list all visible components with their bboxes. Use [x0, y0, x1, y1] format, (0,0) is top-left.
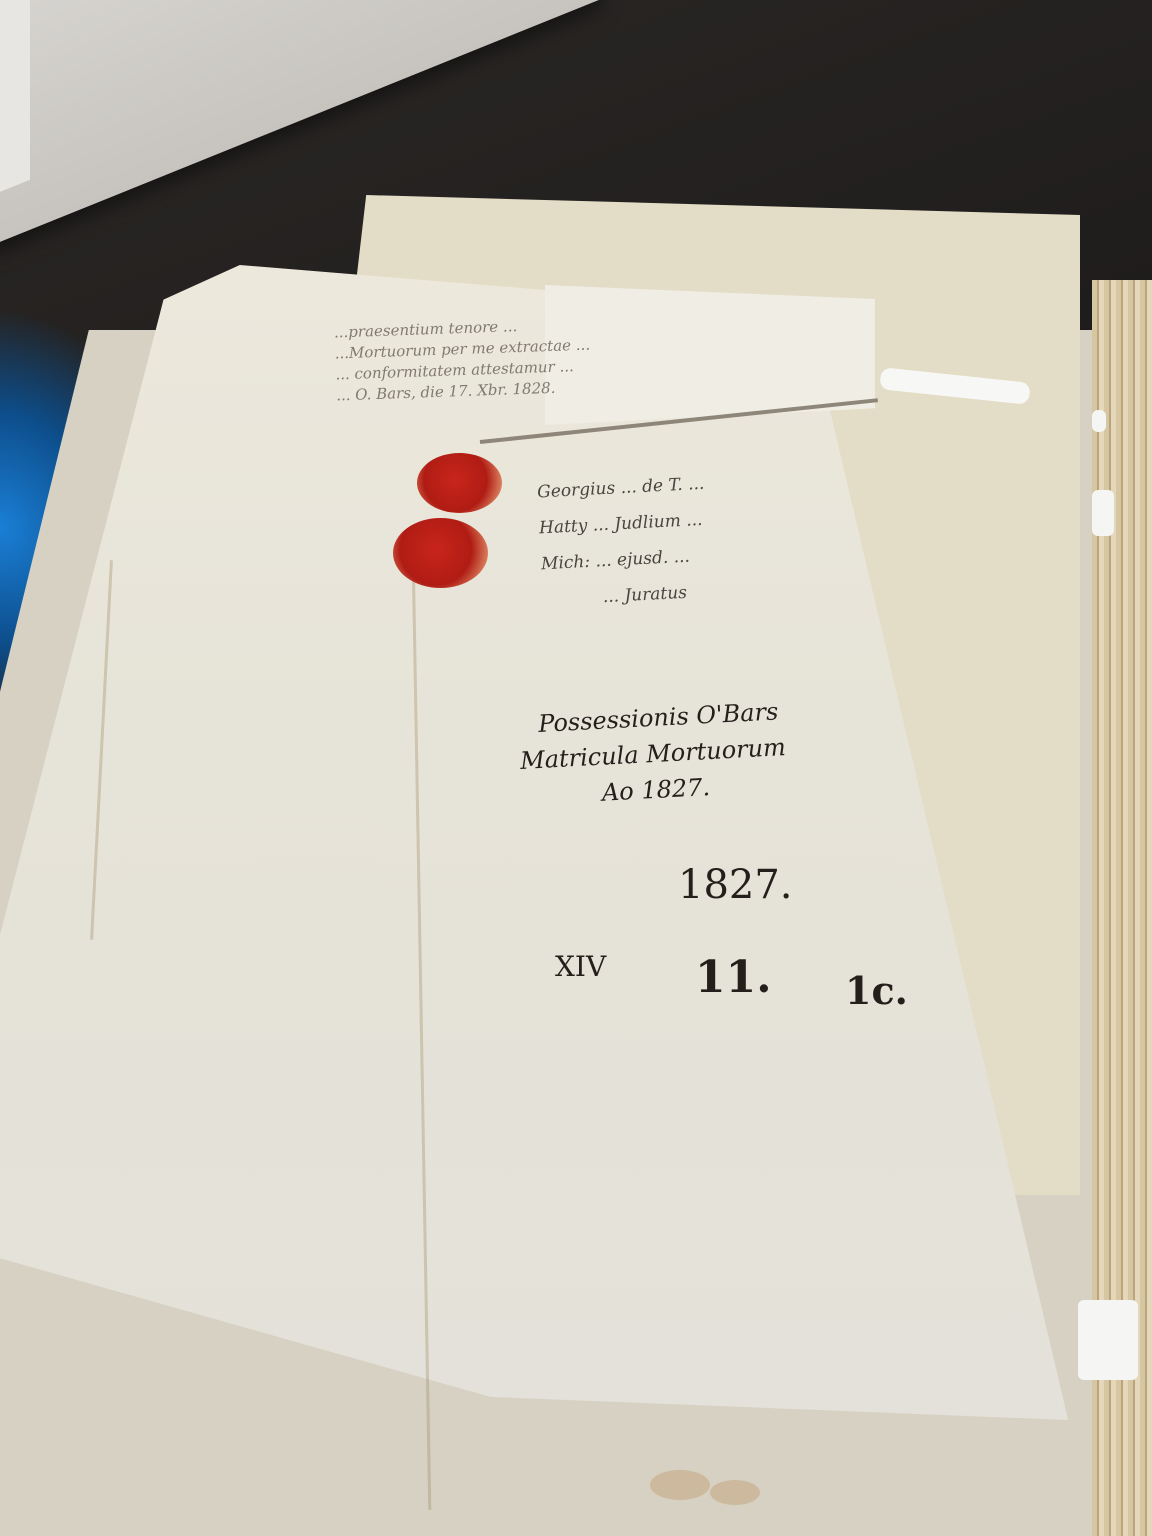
- document-title: Possessionis O'Bars Matricula Mortuorum …: [517, 693, 788, 815]
- shelf-item: 1c.: [845, 968, 908, 1013]
- shelf-number: 11.: [695, 952, 772, 1003]
- archive-box-side: [0, 0, 30, 200]
- wax-seal-icon: [393, 518, 488, 588]
- photo-scene: ...praesentium tenore ... ...Mortuorum p…: [0, 0, 1152, 1536]
- top-note: ...praesentium tenore ... ...Mortuorum p…: [334, 314, 592, 407]
- signatures: Georgius ... de T. ... Hatty ... Judlium…: [536, 466, 711, 619]
- shelf-section: XIV: [555, 950, 606, 983]
- binding-tie: [1092, 490, 1114, 536]
- water-stain: [710, 1480, 760, 1505]
- wax-seal-icon: [417, 453, 502, 513]
- water-stain: [650, 1470, 710, 1500]
- archive-year: 1827.: [678, 862, 793, 908]
- binding-tie: [1078, 1300, 1138, 1380]
- binding-tie: [1092, 410, 1106, 432]
